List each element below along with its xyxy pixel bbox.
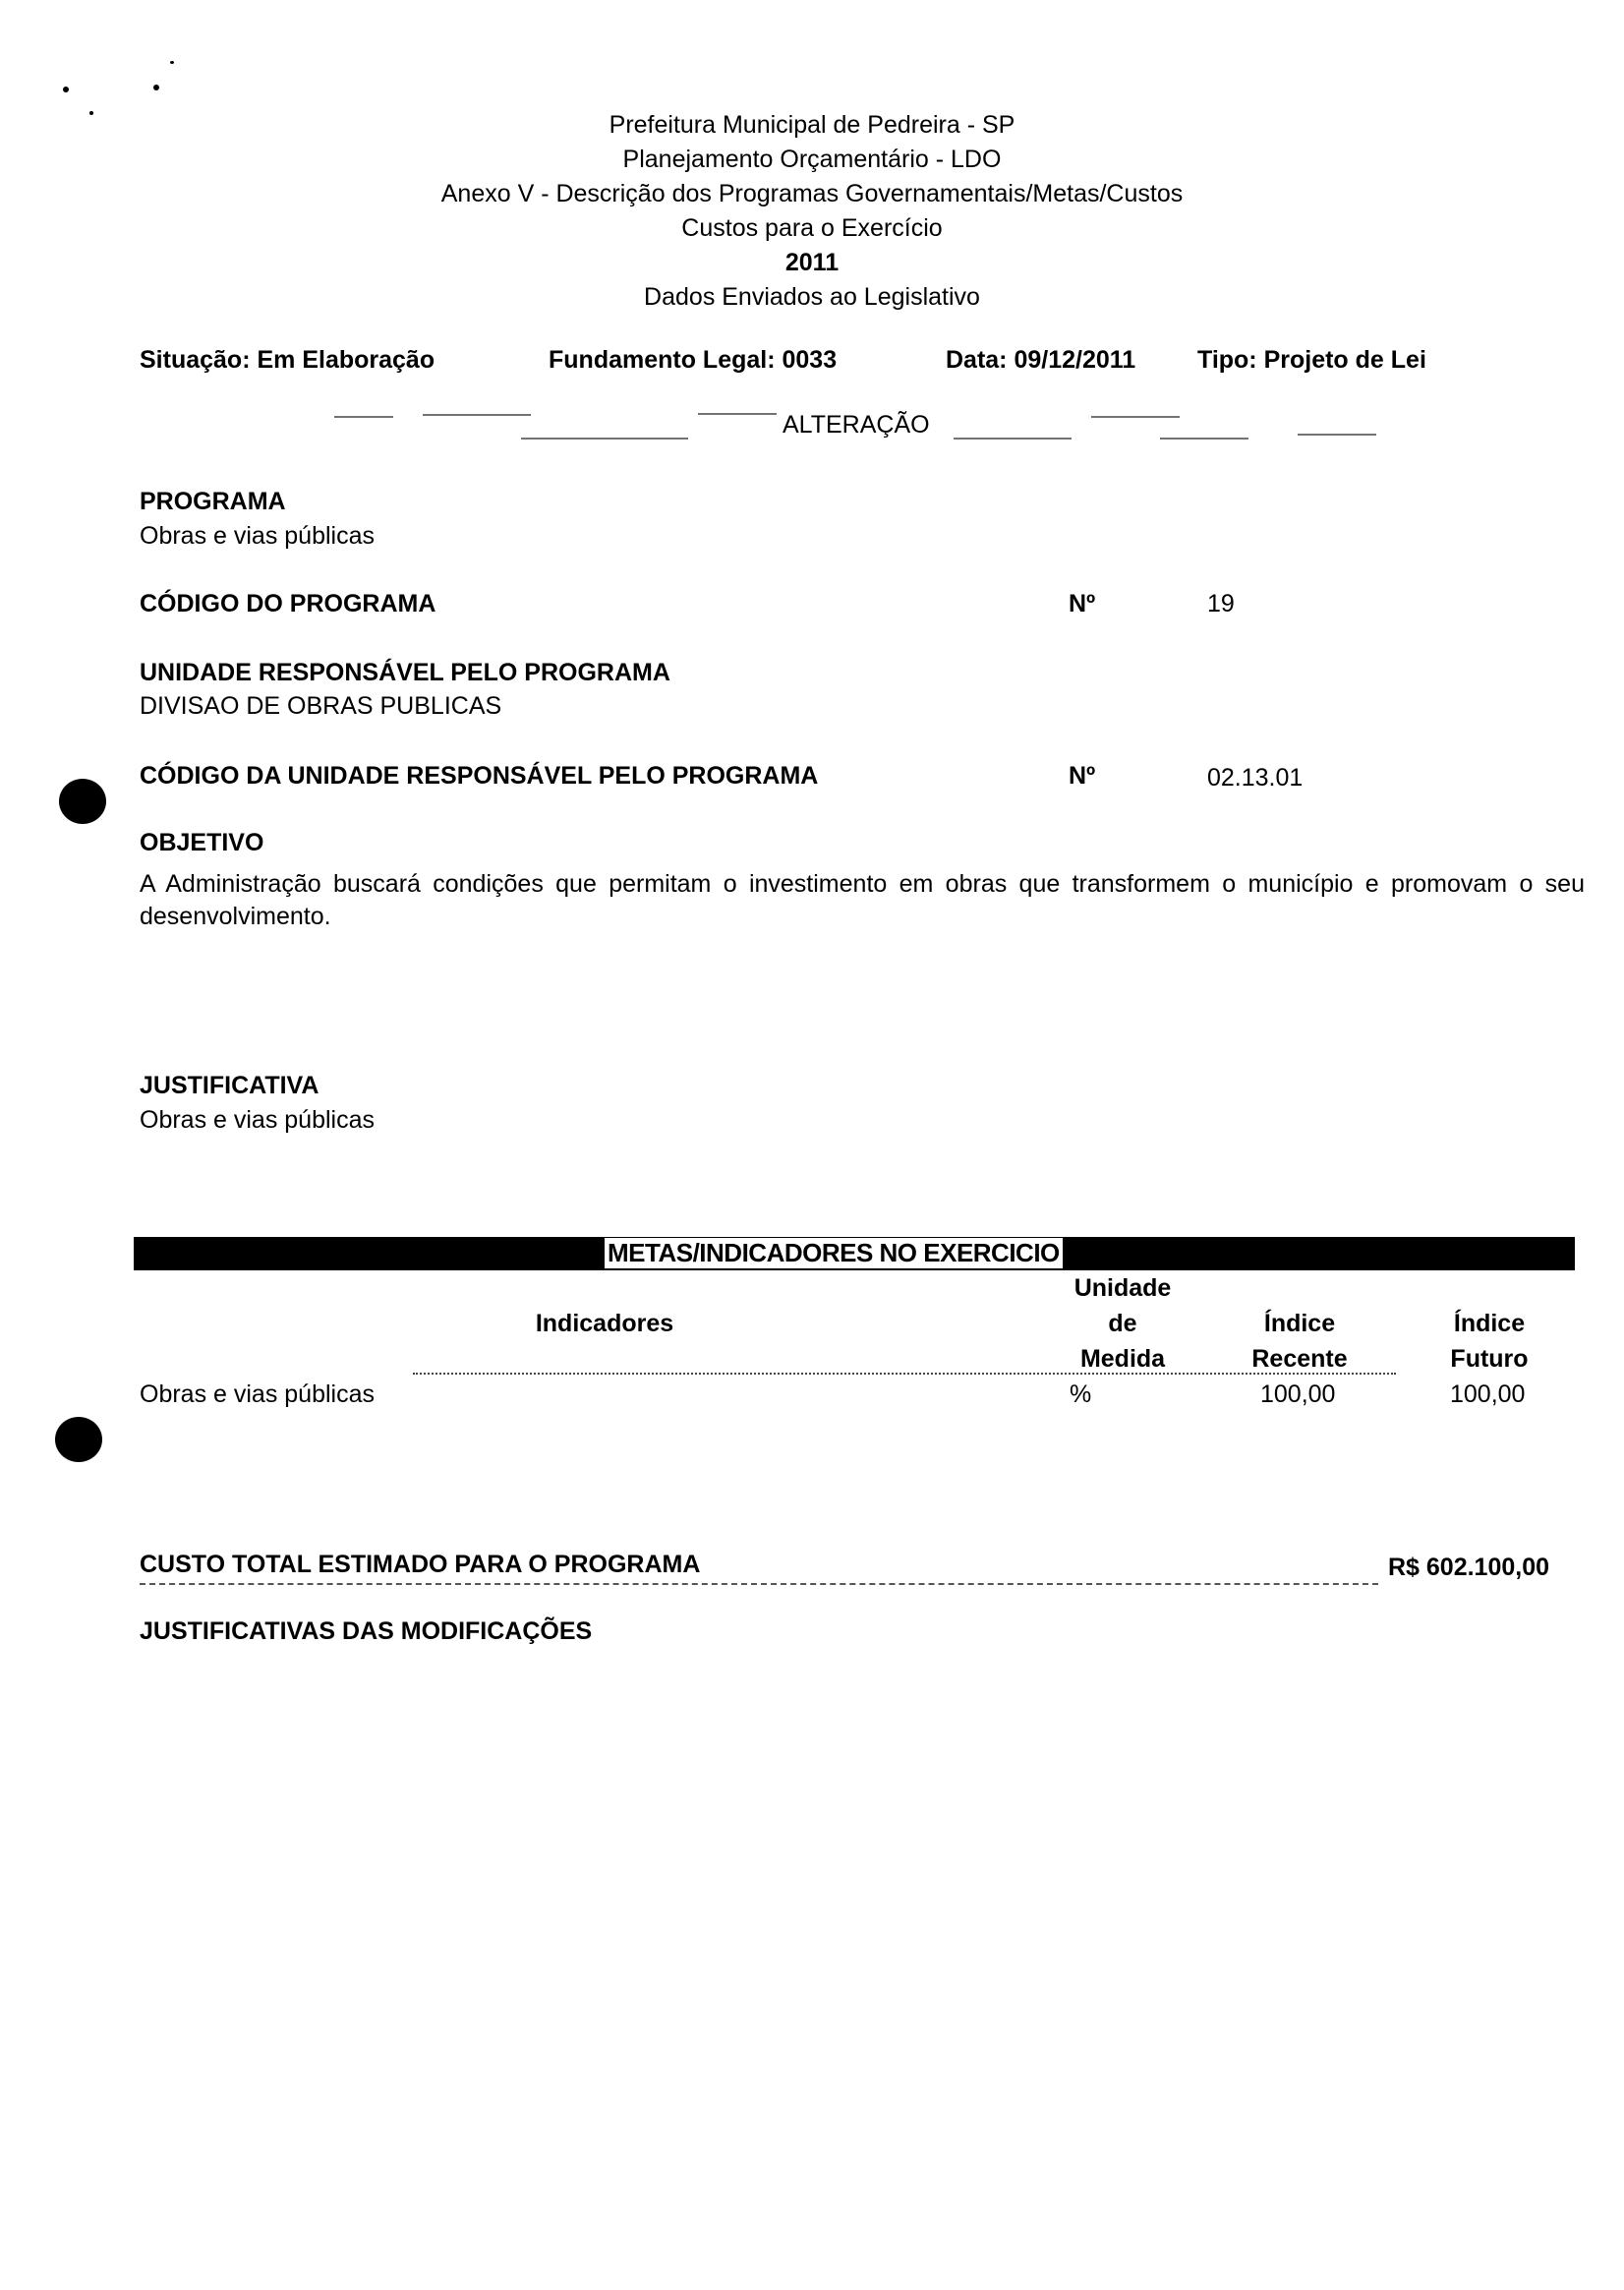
cell-indice-recente: 100,00: [1260, 1380, 1335, 1409]
unidade-responsavel-value: DIVISAO DE OBRAS PUBLICAS: [140, 692, 501, 721]
codigo-unidade-no-label: Nº: [1069, 762, 1095, 791]
hole-punch: [55, 1417, 102, 1462]
hole-punch: [59, 779, 106, 824]
alteracao-label: ALTERAÇÃO: [783, 411, 930, 440]
cell-unidade: %: [1070, 1380, 1091, 1409]
column-indice-recente: Índice Recente: [1241, 1306, 1359, 1377]
scan-noise: [1298, 434, 1376, 436]
header-rule: [413, 1373, 1396, 1375]
codigo-unidade-label: CÓDIGO DA UNIDADE RESPONSÁVEL PELO PROGR…: [140, 762, 818, 791]
header-annex: Anexo V - Descrição dos Programas Govern…: [0, 177, 1624, 211]
codigo-programa-no-label: Nº: [1069, 590, 1095, 618]
header-municipality: Prefeitura Municipal de Pedreira - SP: [0, 108, 1624, 143]
status-data: Data: 09/12/2011: [946, 346, 1135, 375]
scan-noise: [423, 414, 531, 416]
custo-total-value: R$ 602.100,00: [1388, 1554, 1549, 1582]
column-indice-futuro-line1: Índice: [1430, 1306, 1548, 1341]
justificativa-value: Obras e vias públicas: [140, 1106, 375, 1135]
column-unidade-line1: Unidade: [1064, 1270, 1182, 1306]
column-unidade-line3: Medida: [1064, 1341, 1182, 1377]
scan-noise: [954, 438, 1072, 440]
codigo-programa-value: 19: [1207, 590, 1235, 618]
custo-total-label: CUSTO TOTAL ESTIMADO PARA O PROGRAMA: [140, 1551, 700, 1579]
scan-noise: [1160, 438, 1248, 440]
column-indice-recente-line2: Recente: [1241, 1341, 1359, 1377]
scan-noise: [521, 438, 688, 440]
column-indicadores-label: Indicadores: [536, 1310, 673, 1337]
header-planning: Planejamento Orçamentário - LDO: [0, 143, 1624, 177]
objetivo-text: A Administração buscará condições que pe…: [140, 868, 1585, 933]
unidade-responsavel-label: UNIDADE RESPONSÁVEL PELO PROGRAMA: [140, 659, 670, 687]
scan-speck: [63, 87, 69, 92]
scan-speck: [153, 85, 159, 90]
scan-noise: [1091, 416, 1180, 418]
justificativas-modificacoes-label: JUSTIFICATIVAS DAS MODIFICAÇÕES: [140, 1617, 592, 1646]
codigo-unidade-value: 02.13.01: [1207, 764, 1303, 793]
column-indice-recente-line1: Índice: [1241, 1306, 1359, 1341]
status-fundamento: Fundamento Legal: 0033: [549, 346, 837, 375]
column-indice-futuro: Índice Futuro: [1430, 1306, 1548, 1377]
header-legislative: Dados Enviados ao Legislativo: [0, 280, 1624, 315]
programa-label: PROGRAMA: [140, 488, 286, 516]
cell-indice-futuro: 100,00: [1450, 1380, 1525, 1409]
justificativa-label: JUSTIFICATIVA: [140, 1072, 319, 1100]
column-unidade-line2: de: [1064, 1306, 1182, 1341]
programa-value: Obras e vias públicas: [140, 522, 375, 551]
column-indice-futuro-line2: Futuro: [1430, 1341, 1548, 1377]
header-costs: Custos para o Exercício: [0, 211, 1624, 246]
metas-title: METAS/INDICADORES NO EXERCICIO: [605, 1238, 1063, 1268]
objetivo-label: OBJETIVO: [140, 829, 263, 857]
status-situacao: Situação: Em Elaboração: [140, 346, 435, 375]
status-tipo: Tipo: Projeto de Lei: [1197, 346, 1426, 375]
header-year: 2011: [0, 246, 1624, 280]
scan-noise: [698, 413, 777, 415]
scan-speck: [170, 61, 174, 64]
custo-total-rule: [140, 1583, 1378, 1585]
codigo-programa-label: CÓDIGO DO PROGRAMA: [140, 590, 435, 618]
cell-indicador: Obras e vias públicas: [140, 1380, 375, 1409]
column-unidade: Unidade de Medida: [1064, 1270, 1182, 1377]
column-indicadores: Indicadores: [521, 1306, 688, 1341]
scan-noise: [334, 416, 393, 418]
